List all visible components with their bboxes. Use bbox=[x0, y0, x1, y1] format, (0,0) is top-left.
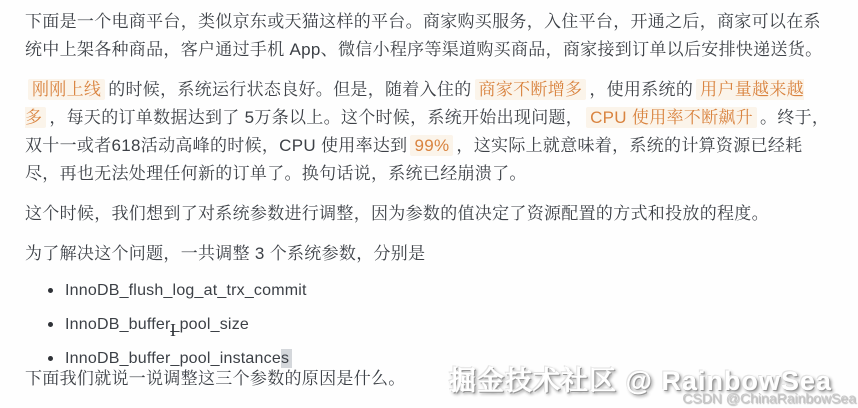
body-text: 的时候，系统运行状态良好。但是，随着入住的 bbox=[108, 80, 471, 99]
highlighted-text: 商家不断增多 bbox=[475, 79, 587, 100]
highlighted-text: 99% bbox=[410, 135, 453, 156]
body-text: 这个时候，我们想到了对系统参数进行调整，因为参数的值决定了资源配置的方式和投放的… bbox=[25, 204, 769, 223]
highlighted-text: CPU 使用率不断飙升 bbox=[586, 107, 757, 128]
body-text: 下面是一个电商平台，类似京东或天猫这样的平台。商家购买服务，入住平台，开通之后，… bbox=[25, 12, 822, 59]
closing-paragraph: 下面我们就说一说调整这三个参数的原因是什么。 bbox=[25, 366, 406, 392]
list-item-parameter: InnoDB_flush_log_at_trx_commit bbox=[65, 280, 837, 302]
paragraph: 下面是一个电商平台，类似京东或天猫这样的平台。商家购买服务，入住平台，开通之后，… bbox=[25, 8, 837, 64]
paragraph: 这个时候，我们想到了对系统参数进行调整，因为参数的值决定了资源配置的方式和投放的… bbox=[25, 200, 837, 228]
watermark-csdn-label: CSDN @ChinaRainbowSea bbox=[682, 390, 856, 406]
paragraphs-container: 下面是一个电商平台，类似京东或天猫这样的平台。商家购买服务，入住平台，开通之后，… bbox=[25, 8, 837, 268]
highlighted-text: 刚刚上线 bbox=[28, 79, 105, 100]
body-text: 为了解决这个问题，一共调整 3 个系统参数，分别是 bbox=[25, 244, 425, 263]
list-item-parameter: InnoDB_buffer_pool_size bbox=[65, 314, 837, 336]
article-page: 下面是一个电商平台，类似京东或天猫这样的平台。商家购买服务，入住平台，开通之后，… bbox=[0, 0, 858, 408]
body-text: ，使用系统的 bbox=[589, 80, 693, 99]
article-body: 下面是一个电商平台，类似京东或天猫这样的平台。商家购买服务，入住平台，开通之后，… bbox=[25, 8, 837, 382]
body-text: ，每天的订单数据达到了 5万条以上。这个时候，系统开始出现问题， bbox=[49, 108, 583, 127]
parameter-list: InnoDB_flush_log_at_trx_commitInnoDB_buf… bbox=[25, 280, 837, 370]
parameter-label: InnoDB_flush_log_at_trx_commit bbox=[65, 282, 307, 299]
parameter-label: InnoDB_buffer_pool_size bbox=[65, 316, 249, 333]
paragraph: 刚刚上线的时候，系统运行状态良好。但是，随着入住的商家不断增多，使用系统的用户量… bbox=[25, 76, 837, 188]
parameter-label: InnoDB_buffer_pool_instance bbox=[65, 350, 281, 367]
paragraph: 为了解决这个问题，一共调整 3 个系统参数，分别是 bbox=[25, 240, 837, 268]
